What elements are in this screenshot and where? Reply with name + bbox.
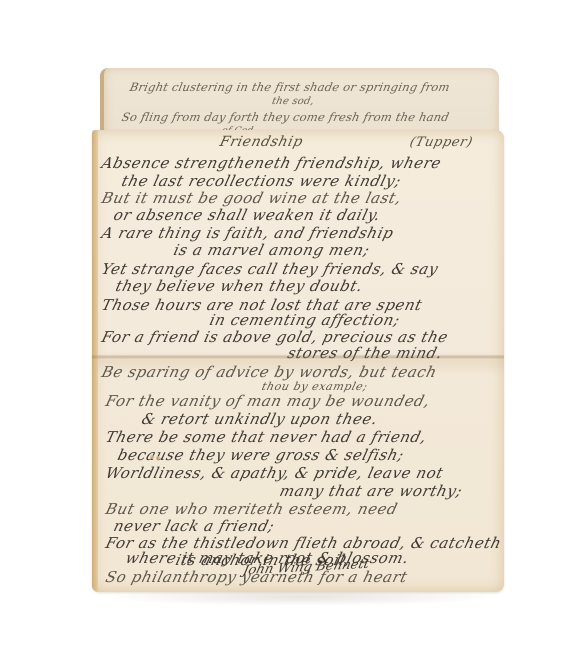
back-page-line: the sod, bbox=[271, 96, 315, 107]
poem-line: There be some that never had a friend, bbox=[104, 428, 429, 446]
poem-line: many that are worthy; bbox=[278, 482, 465, 500]
poem-line: the last recollections were kindly; bbox=[120, 172, 403, 190]
poem-line: & retort unkindly upon thee. bbox=[140, 410, 380, 428]
front-page: Friendship (Tupper) Absence strengthenet… bbox=[92, 130, 504, 592]
foxing-spot bbox=[156, 456, 160, 460]
poem-line: But it must be good wine at the last, bbox=[100, 189, 404, 207]
back-page-line: Bright clustering in the first shade or … bbox=[129, 80, 452, 94]
poem-line: Absence strengtheneth friendship, where bbox=[100, 154, 444, 172]
foxing-spot bbox=[150, 455, 154, 459]
poem-line: in cementing affection; bbox=[208, 311, 402, 329]
poem-line: Be sparing of advice by words, but teach bbox=[100, 363, 439, 381]
poem-line: never lack a friend; bbox=[112, 517, 277, 535]
poem-line: they believe when they doubt. bbox=[114, 277, 365, 295]
poem-line: But one who meriteth esteem, need bbox=[104, 500, 400, 518]
poem-title: Friendship bbox=[218, 134, 305, 150]
poem-line: For the vanity of man may be wounded, bbox=[104, 392, 432, 410]
poem-line: stores of the mind. bbox=[286, 344, 445, 362]
poem-line: or absence shall weaken it daily. bbox=[112, 206, 383, 224]
page-fold bbox=[92, 355, 504, 359]
back-page-line: So fling from day forth they come fresh … bbox=[121, 110, 451, 124]
poem-line: A rare thing is faith, and friendship bbox=[100, 224, 396, 242]
poem-line: is a marvel among men; bbox=[172, 241, 372, 259]
poem-attribution: (Tupper) bbox=[408, 135, 474, 150]
poem-line: Yet strange faces call they friends, & s… bbox=[100, 260, 441, 278]
poem-line: because they were gross & selfish; bbox=[116, 446, 406, 464]
poem-line: Worldliness, & apathy, & pride, leave no… bbox=[104, 464, 446, 482]
